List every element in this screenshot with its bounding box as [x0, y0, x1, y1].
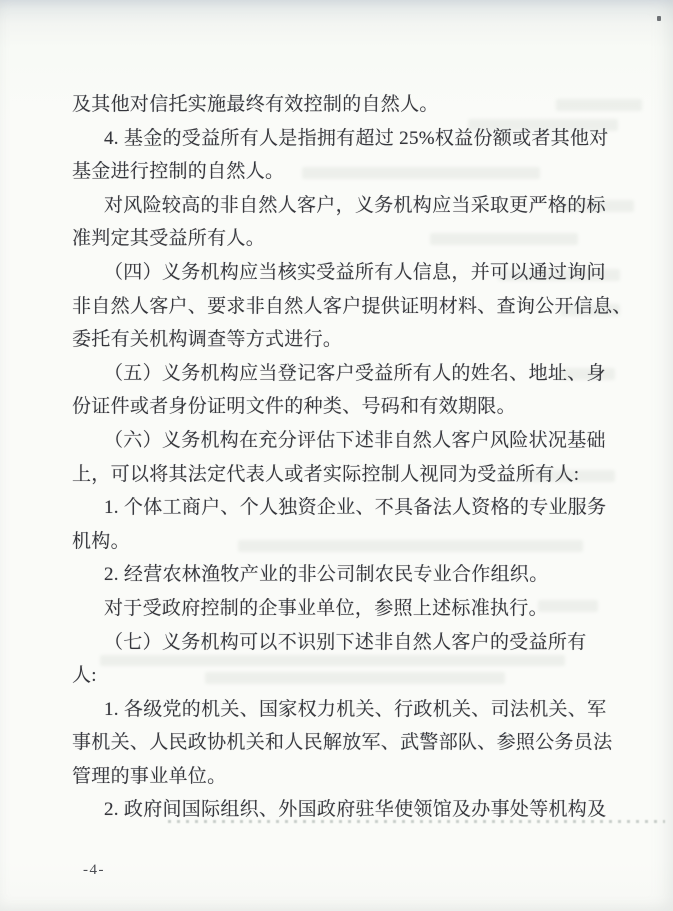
text-line: 1. 个体工商户、个人独资企业、不具备法人资格的专业服务	[72, 491, 632, 525]
text-line: （五）义务机构应当登记客户受益所有人的姓名、地址、身	[72, 357, 632, 391]
text-line: 基金进行控制的自然人。	[72, 155, 632, 189]
text-line: 人:	[72, 659, 632, 693]
text-line: 对风险较高的非自然人客户，义务机构应当采取更严格的标	[72, 189, 632, 223]
page-number: -4-	[83, 862, 105, 879]
text-line: （四）义务机构应当核实受益所有人信息，并可以通过询问	[72, 256, 632, 290]
text-line: 4. 基金的受益所有人是指拥有超过 25%权益份额或者其他对	[72, 122, 632, 156]
text-line: 管理的事业单位。	[72, 760, 632, 794]
text-line: 非自然人客户、要求非自然人客户提供证明材料、查询公开信息、	[72, 290, 632, 324]
text-line: （七）义务机构可以不识别下述非自然人客户的受益所有	[72, 626, 632, 660]
text-line: 委托有关机构调查等方式进行。	[72, 323, 632, 357]
text-line: 对于受政府控制的企事业单位，参照上述标准执行。	[72, 592, 632, 626]
text-line: 机构。	[72, 525, 632, 559]
text-line: 及其他对信托实施最终有效控制的自然人。	[72, 88, 632, 122]
scan-speck-artifact	[657, 16, 661, 21]
text-line: （六）义务机构在充分评估下述非自然人客户风险状况基础	[72, 424, 632, 458]
document-body: 及其他对信托实施最终有效控制的自然人。4. 基金的受益所有人是指拥有超过 25%…	[72, 88, 632, 827]
text-line: 2. 经营农林渔牧产业的非公司制农民专业合作组织。	[72, 558, 632, 592]
text-line: 事机关、人民政协机关和人民解放军、武警部队、参照公务员法	[72, 726, 632, 760]
text-line: 2. 政府间国际组织、外国政府驻华使领馆及办事处等机构及	[72, 793, 632, 827]
text-line: 准判定其受益所有人。	[72, 222, 632, 256]
text-line: 份证件或者身份证明文件的种类、号码和有效期限。	[72, 390, 632, 424]
scanned-document-page: 及其他对信托实施最终有效控制的自然人。4. 基金的受益所有人是指拥有超过 25%…	[0, 0, 673, 911]
text-line: 1. 各级党的机关、国家权力机关、行政机关、司法机关、军	[72, 693, 632, 727]
text-line: 上，可以将其法定代表人或者实际控制人视同为受益所有人:	[72, 458, 632, 492]
